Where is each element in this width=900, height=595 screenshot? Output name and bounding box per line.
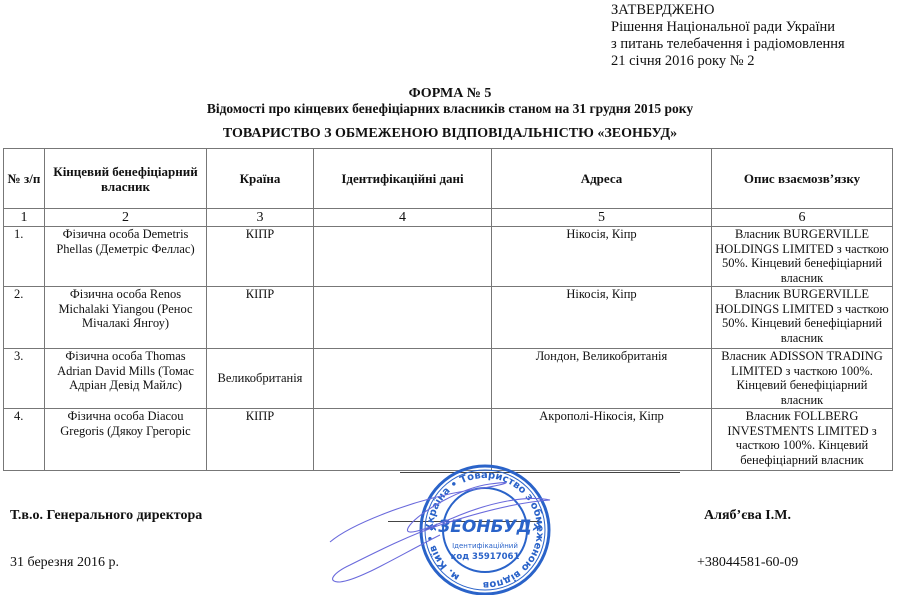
row-country: Великобританія	[207, 349, 314, 409]
company-name: ТОВАРИСТВО З ОБМЕЖЕНОЮ ВІДПОВІДАЛЬНІСТЮ …	[0, 126, 900, 142]
approval-line: Рішення Національної ради України	[611, 19, 845, 36]
approval-line: 21 січня 2016 року № 2	[611, 53, 845, 70]
header-country: Країна	[207, 149, 314, 209]
column-number: 1	[4, 209, 45, 227]
row-num: 3.	[4, 349, 45, 409]
header-num: № з/п	[4, 149, 45, 209]
header-relation: Опис взаємозв’язку	[712, 149, 893, 209]
table-row: 1. Фізична особа Demetris Phellas (Демет…	[4, 227, 893, 287]
handwritten-signature	[320, 470, 620, 590]
row-owner: Фізична особа Thomas Adrian David Mills …	[45, 349, 207, 409]
table-header-row: № з/п Кінцевий бенефіціарний власник Кра…	[4, 149, 893, 209]
row-num: 1.	[4, 227, 45, 287]
approval-block: ЗАТВЕРДЖЕНО Рішення Національної ради Ук…	[611, 2, 845, 70]
row-id-data	[314, 349, 492, 409]
row-country: КІПР	[207, 227, 314, 287]
column-number: 4	[314, 209, 492, 227]
table-row: 2. Фізична особа Renos Michalaki Yiangou…	[4, 287, 893, 349]
signatory-position: Т.в.о. Генерального директора	[10, 508, 202, 524]
row-id-data	[314, 227, 492, 287]
row-relation: Власник ADISSON TRADING LIMITED з частко…	[712, 349, 893, 409]
row-owner: Фізична особа Renos Michalaki Yiangou (Р…	[45, 287, 207, 349]
header-address: Адреса	[492, 149, 712, 209]
row-relation: Власник FOLLBERG INVESTMENTS LIMITED з ч…	[712, 409, 893, 471]
row-country: КІПР	[207, 409, 314, 471]
row-address: Нікосія, Кіпр	[492, 287, 712, 349]
column-number: 5	[492, 209, 712, 227]
row-owner: Фізична особа Diacou Gregoris (Дякоу Гре…	[45, 409, 207, 471]
row-address: Нікосія, Кіпр	[492, 227, 712, 287]
header-owner: Кінцевий бенефіціарний власник	[45, 149, 207, 209]
row-id-data	[314, 287, 492, 349]
row-num: 4.	[4, 409, 45, 471]
column-number: 3	[207, 209, 314, 227]
row-owner: Фізична особа Demetris Phellas (Деметріс…	[45, 227, 207, 287]
form-title: ФОРМА № 5	[0, 86, 900, 102]
column-number-row: 1 2 3 4 5 6	[4, 209, 893, 227]
approval-line: ЗАТВЕРДЖЕНО	[611, 2, 845, 19]
column-number: 6	[712, 209, 893, 227]
form-subtitle: Відомості про кінцевих бенефіціарних вла…	[0, 101, 900, 117]
row-num: 2.	[4, 287, 45, 349]
column-number: 2	[45, 209, 207, 227]
beneficial-owners-table: № з/п Кінцевий бенефіціарний власник Кра…	[3, 148, 893, 471]
row-relation: Власник BURGERVILLE HOLDINGS LIMITED з ч…	[712, 287, 893, 349]
row-country: КІПР	[207, 287, 314, 349]
signatory-name: Аляб’єва І.М.	[704, 508, 791, 524]
row-relation: Власник BURGERVILLE HOLDINGS LIMITED з ч…	[712, 227, 893, 287]
header-id-data: Ідентифікаційні дані	[314, 149, 492, 209]
document-date: 31 березня 2016 р.	[10, 555, 119, 571]
approval-line: з питань телебачення і радіомовлення	[611, 36, 845, 53]
row-address: Лондон, Великобританія	[492, 349, 712, 409]
table-row: 3. Фізична особа Thomas Adrian David Mil…	[4, 349, 893, 409]
contact-phone: +38044581-60-09	[697, 555, 798, 571]
